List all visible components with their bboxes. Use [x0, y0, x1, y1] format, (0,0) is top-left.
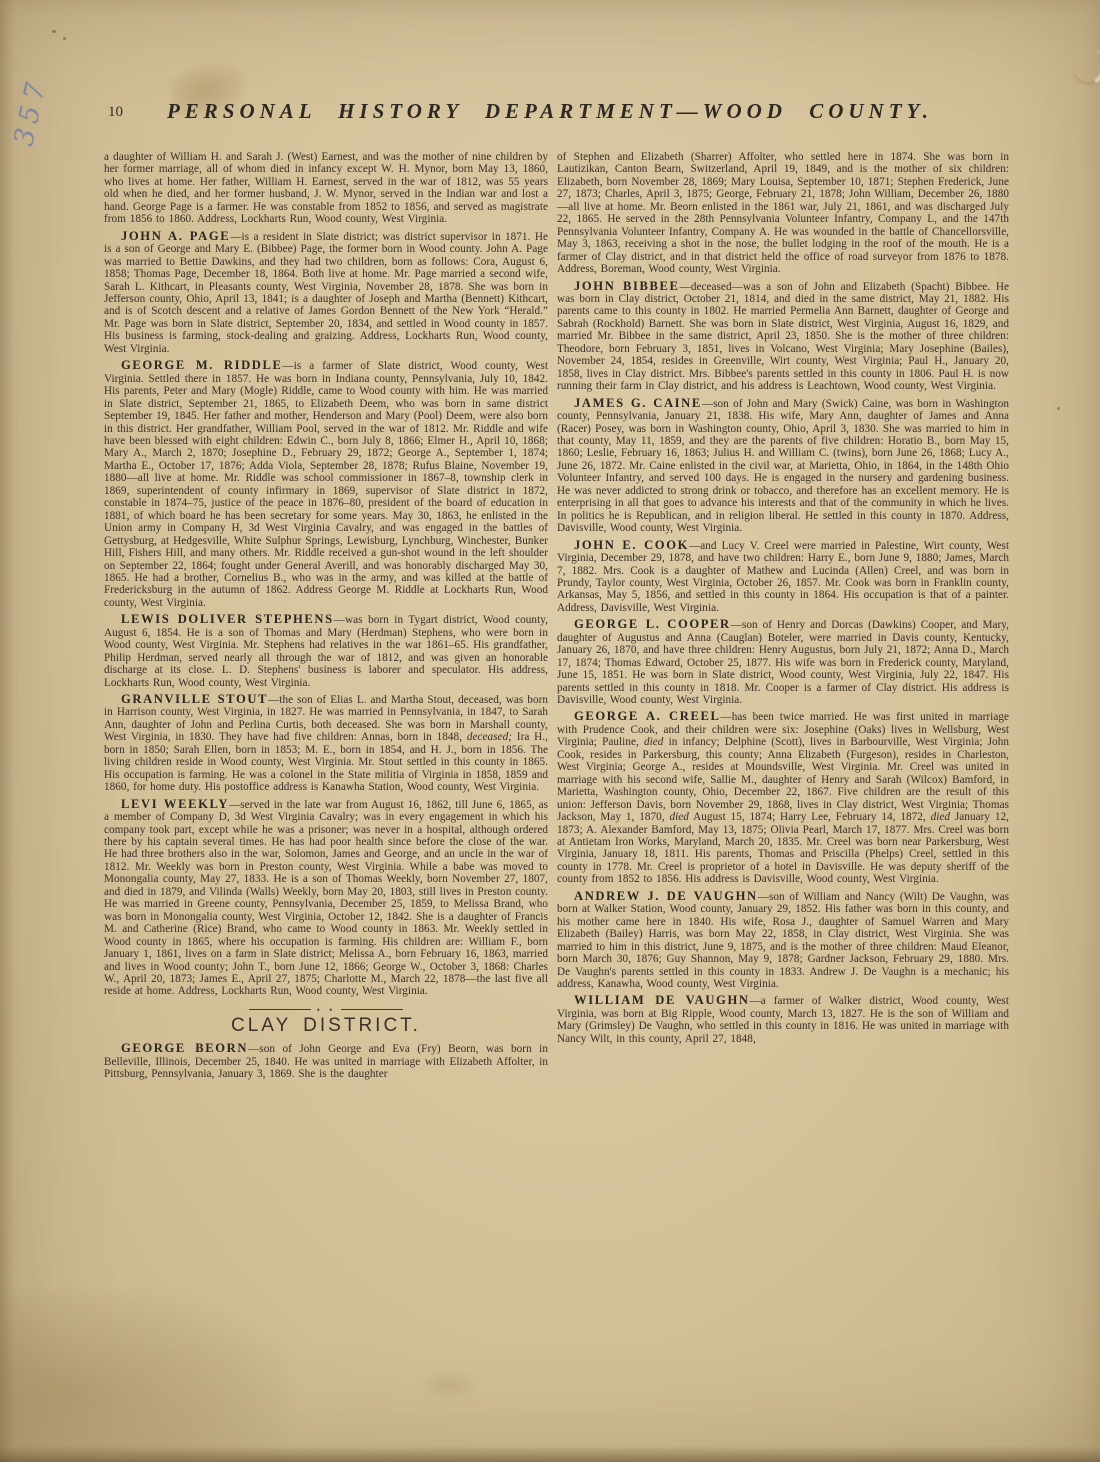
biography-entry: GRANVILLE STOUT—the son of Elias L. and … [104, 693, 548, 794]
biography-entry: ANDREW J. DE VAUGHN—son of William and N… [557, 890, 1009, 991]
entry-heading: LEWIS DOLIVER STEPHENS [121, 612, 334, 626]
biography-entry: JOHN BIBBEE—deceased—was a son of John a… [557, 280, 1009, 393]
entry-heading: GEORGE M. RIDDLE [121, 358, 282, 372]
entry-heading: LEVI WEEKLY [121, 797, 229, 811]
biography-entry: LEVI WEEKLY—served in the late war from … [104, 798, 548, 998]
page-curl-mark [1068, 44, 1100, 88]
biography-entry: LEWIS DOLIVER STEPHENS—was born in Tygar… [104, 613, 548, 689]
entry-heading: GEORGE L. COOPER [574, 617, 731, 631]
entry-heading: ANDREW J. DE VAUGHN [574, 889, 758, 903]
paper-speck [1057, 407, 1060, 410]
entry-heading: JAMES G. CAINE [574, 396, 702, 410]
entry-heading: GEORGE BEORN [121, 1041, 248, 1055]
entry-heading: WILLIAM DE VAUGHN [574, 993, 750, 1007]
biography-entry: JAMES G. CAINE—son of John and Mary (Swi… [557, 397, 1009, 535]
biography-entry: WILLIAM DE VAUGHN—a farmer of Walker dis… [557, 994, 1009, 1045]
page-left-edge-shadow [0, 0, 14, 1462]
entry-heading: GRANVILLE STOUT [121, 692, 268, 706]
continuation-paragraph: of Stephen and Elizabeth (Sharrer) Affol… [557, 151, 1009, 276]
paper-stain [420, 1370, 480, 1400]
paper-speck [52, 30, 56, 33]
paper-stain [0, 1290, 290, 1460]
continuation-paragraph: a daughter of William H. and Sarah J. (W… [104, 151, 548, 226]
column-right: of Stephen and Elizabeth (Sharrer) Affol… [557, 151, 1009, 1049]
entry-heading: JOHN E. COOK [574, 538, 689, 552]
book-page: 357 10 PERSONAL HISTORY DEPARTMENT—WOOD … [0, 0, 1100, 1462]
biography-entry: GEORGE BEORN—son of John George and Eva … [104, 1042, 548, 1080]
page-title: PERSONAL HISTORY DEPARTMENT—WOOD COUNTY. [0, 99, 1100, 124]
paper-speck [63, 37, 66, 40]
biography-entry: GEORGE L. COOPER—son of Henry and Dorcas… [557, 618, 1009, 706]
entry-heading: JOHN A. PAGE [121, 229, 230, 243]
section-divider: • • [104, 1007, 548, 1013]
entry-heading: JOHN BIBBEE [574, 279, 680, 293]
column-left: a daughter of William H. and Sarah J. (W… [104, 151, 548, 1085]
section-heading-clay-district: CLAY DISTRICT. [104, 1020, 548, 1032]
page-bottom-edge [0, 1446, 1100, 1462]
entry-heading: GEORGE A. CREEL [574, 709, 720, 723]
biography-entry: GEORGE A. CREEL—has been twice married. … [557, 710, 1009, 885]
biography-entry: JOHN A. PAGE—is a resident in Slate dist… [104, 230, 548, 356]
biography-entry: JOHN E. COOK—and Lucy V. Creel were marr… [557, 539, 1009, 615]
biography-entry: GEORGE M. RIDDLE—is a farmer of Slate di… [104, 359, 548, 609]
